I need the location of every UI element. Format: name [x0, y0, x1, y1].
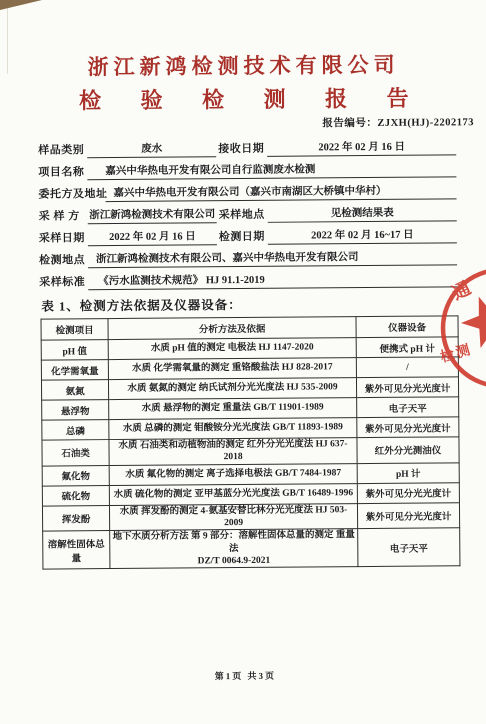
table-row: 溶解性固体总量 地下水质分析方法 第 9 部分：溶解性固体总量的测定 重量法 D… — [43, 528, 460, 569]
form-row-project-name: 项目名称 嘉兴中华热电开发有限公司自行监测废水检测 — [38, 155, 456, 180]
report-number-value: ZJXH(HJ)-2202173 — [377, 117, 474, 129]
field-value: 浙江新鸿检测技术有限公司、嘉兴中华热电开发有限公司 — [88, 248, 457, 268]
column-header-item: 检测项目 — [41, 319, 108, 341]
cell-method: 水质 氟化物的测定 离子选择电极法 GB/T 7484-1987 — [109, 463, 357, 485]
field-label: 采样日期 — [39, 229, 88, 246]
cell-method: 水质 总磷的测定 钼酸铵分光光度法 GB/T 11893-1989 — [109, 418, 357, 440]
field-label: 委托方及地址 — [38, 185, 105, 203]
cell-item: pH 值 — [41, 340, 108, 361]
cell-item: 悬浮物 — [42, 400, 109, 421]
cell-item: 化学需氧量 — [41, 360, 108, 381]
field-value: 2022 年 02 月 16 日 — [267, 138, 456, 156]
report-page: 浙江新鸿检测技术有限公司 检 验 检 测 报 告 报告编号：ZJXH(HJ)-2… — [0, 0, 486, 724]
field-label: 采样地点 — [219, 206, 268, 223]
field-value: 嘉兴中华热电开发有限公司自行监测废水检测 — [87, 160, 456, 180]
form-row-test-location: 检测地点 浙江新鸿检测技术有限公司、嘉兴中华热电开发有限公司 — [39, 243, 457, 268]
field-label: 采 样 方 — [39, 207, 88, 224]
table-row: 石油类 水质 石油类和动植物油的测定 红外分光光度法 HJ 637-2018 红… — [42, 437, 459, 466]
form-row-sample-type: 样品类别 废水 接收日期 2022 年 02 月 16 日 — [38, 133, 456, 158]
column-header-instrument: 仪器设备 — [356, 316, 458, 338]
cell-method: 地下水质分析方法 第 9 部分：溶解性固体总量的测定 重量法 DZ/T 0064… — [110, 529, 358, 569]
field-label: 检测日期 — [219, 228, 268, 245]
cell-instrument: 紫外可见分光光度计 — [357, 483, 459, 504]
sample-info-form: 样品类别 废水 接收日期 2022 年 02 月 16 日 项目名称 嘉兴中华热… — [38, 133, 457, 290]
cell-instrument: 紫外可见分光光度计 — [357, 503, 459, 529]
cell-method: 水质 pH 值的测定 电极法 HJ 1147-2020 — [108, 338, 356, 360]
cell-method: 水质 硫化物的测定 亚甲基蓝分光光度法 GB/T 16489-1996 — [109, 483, 357, 505]
column-header-method: 分析方法及依据 — [108, 317, 356, 340]
field-value: 见检测结果表 — [268, 204, 457, 222]
cell-item: 总磷 — [42, 420, 109, 441]
cell-item: 挥发酚 — [42, 505, 109, 531]
cell-method: 水质 悬浮物的测定 重量法 GB/T 11901-1989 — [109, 398, 357, 420]
cell-instrument: pH 计 — [357, 463, 459, 484]
cell-method: 水质 石油类和动植物油的测定 红外分光光度法 HJ 637-2018 — [109, 438, 357, 466]
report-title: 检 验 检 测 报 告 — [1, 81, 486, 116]
scanned-page: 浙江新鸿检测技术有限公司 检 验 检 测 报 告 报告编号：ZJXH(HJ)-2… — [0, 0, 486, 724]
scan-corner-artifact — [0, 0, 42, 10]
cell-item: 硫化物 — [42, 485, 109, 506]
cell-instrument: / — [356, 357, 458, 378]
field-label: 接收日期 — [218, 140, 267, 157]
cell-method: 水质 化学需氧量的测定 重铬酸盐法 HJ 828-2017 — [108, 358, 356, 380]
report-number-label: 报告编号： — [322, 118, 377, 129]
cell-item: 石油类 — [42, 440, 109, 466]
field-value: 2022 年 02 月 16~17 日 — [268, 226, 457, 244]
table-caption: 表 1、检测方法依据及仪器设备： — [41, 293, 486, 315]
field-label: 采样标准 — [39, 273, 88, 290]
cell-instrument: 红外分光测油仪 — [357, 437, 459, 463]
page-number: 第1页 共3页 — [5, 667, 485, 684]
cell-item: 氟化物 — [42, 465, 109, 486]
company-name: 浙江新鸿检测技术有限公司 — [0, 48, 486, 82]
field-label: 检测地点 — [39, 251, 88, 268]
form-row-sampling-party: 采 样 方 浙江新鸿检测技术有限公司 采样地点 见检测结果表 — [39, 199, 457, 224]
cell-method: 水质 氨氮的测定 纳氏试剂分光光度法 HJ 535-2009 — [108, 378, 356, 400]
cell-instrument: 电子天平 — [358, 528, 460, 567]
field-value: 2022 年 02 月 16 日 — [88, 228, 217, 246]
field-value: 浙江新鸿检测技术有限公司 — [88, 206, 217, 224]
cell-instrument: 电子天平 — [357, 397, 459, 418]
field-value: 废水 — [87, 140, 216, 158]
cell-instrument: 紫外可见分光光度计 — [357, 417, 459, 438]
cell-instrument: 紫外可见分光光度计 — [356, 377, 458, 398]
form-row-sampling-date: 采样日期 2022 年 02 月 16 日 检测日期 2022 年 02 月 1… — [39, 221, 457, 246]
form-row-client-address: 委托方及地址 嘉兴中华热电开发有限公司（嘉兴市南湖区大桥镇中华村） — [38, 177, 456, 202]
table-row: 挥发酚 水质 挥发酚的测定 4-氨基安替比林分光光度法 HJ 503-2009 … — [42, 503, 459, 532]
field-label: 项目名称 — [38, 163, 87, 180]
report-number: 报告编号：ZJXH(HJ)-2202173 — [1, 114, 474, 133]
cell-item: 氨氮 — [41, 380, 108, 401]
form-row-sampling-standard: 采样标准 《污水监测技术规范》 HJ 91.1-2019 — [39, 265, 457, 290]
field-value: 嘉兴中华热电开发有限公司（嘉兴市南湖区大桥镇中华村） — [105, 182, 456, 202]
cell-method: 水质 挥发酚的测定 4-氨基安替比林分光光度法 HJ 503-2009 — [109, 503, 357, 531]
cell-instrument: 便携式 pH 计 — [356, 337, 458, 358]
methods-table: 检测项目 分析方法及依据 仪器设备 pH 值 水质 pH 值的测定 电极法 HJ… — [40, 315, 460, 570]
field-label: 样品类别 — [38, 141, 87, 158]
cell-item: 溶解性固体总量 — [43, 531, 110, 570]
field-value: 《污水监测技术规范》 HJ 91.1-2019 — [88, 270, 457, 290]
